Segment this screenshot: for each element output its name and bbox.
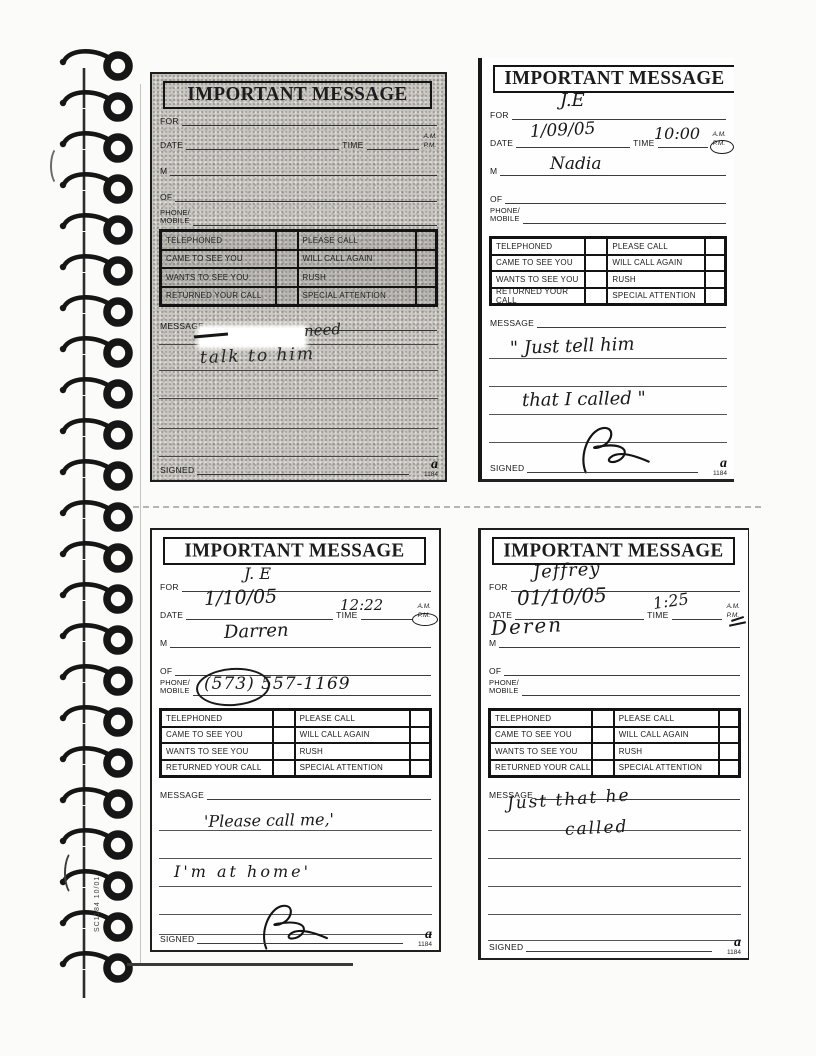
am-label: A.M. (727, 603, 740, 611)
time-label: TIME (342, 141, 364, 151)
field-underline (523, 204, 726, 224)
check-label: CAME TO SEE YOU (161, 727, 273, 744)
message-slip-top-left: IMPORTANT MESSAGE FOR DATE TIME A.M. P.M… (150, 72, 447, 482)
slip-title-box: IMPORTANT MESSAGE (163, 537, 426, 565)
check-label: CAME TO SEE YOU (491, 255, 585, 272)
ruled-line (159, 398, 438, 399)
checkbox (705, 255, 725, 272)
slip-title: IMPORTANT MESSAGE (187, 83, 407, 106)
date-label: DATE (490, 139, 513, 149)
signed-row: SIGNED (160, 461, 437, 475)
signature-scribble (244, 900, 344, 952)
whiteout-patch (200, 328, 304, 346)
ruled-line (159, 370, 438, 371)
checkbox (276, 250, 298, 269)
form-number: 1184 (424, 472, 438, 479)
check-label: WANTS TO SEE YOU (490, 743, 592, 760)
field-underline (522, 676, 740, 696)
handwritten-message-line-2: that I called " (522, 390, 646, 410)
checkbox (416, 231, 436, 250)
check-label: PLEASE CALL (607, 238, 705, 255)
check-label: SPECIAL ATTENTION (295, 760, 410, 777)
signed-row: SIGNED (160, 930, 431, 944)
for-label: FOR (489, 583, 508, 593)
ruled-line (488, 858, 741, 859)
field-underline (500, 162, 726, 176)
field-underline (193, 206, 437, 226)
brand: a 1184 (713, 455, 727, 478)
check-label: CAME TO SEE YOU (490, 727, 592, 744)
form-number: 1184 (713, 471, 727, 478)
brand: a 1184 (727, 934, 741, 957)
brand-a-icon: a (720, 456, 727, 471)
date-label: DATE (160, 141, 183, 151)
message-label: MESSAGE (160, 791, 204, 801)
message-slip-top-right: IMPORTANT MESSAGE FOR DATE TIME A.M. P.M… (478, 58, 734, 482)
field-underline (505, 190, 726, 204)
of-row: OF (489, 662, 740, 676)
date-time-row: DATE TIME A.M. P.M. (160, 606, 431, 620)
of-label: OF (160, 667, 172, 677)
checkbox (273, 710, 295, 727)
field-underline (504, 662, 740, 676)
handwritten-caller: Nadia (550, 156, 601, 173)
check-label: WANTS TO SEE YOU (161, 268, 276, 287)
check-label: WILL CALL AGAIN (295, 727, 410, 744)
checkbox (705, 238, 725, 255)
checkbox (273, 743, 295, 760)
page-edge-line (140, 84, 141, 964)
checkbox (410, 710, 430, 727)
ruled-line (159, 858, 432, 859)
check-label: RETURNED YOUR CALL (490, 760, 592, 777)
check-label: SPECIAL ATTENTION (614, 760, 719, 777)
ruled-line (489, 414, 727, 415)
for-row: FOR (160, 112, 437, 126)
handwritten-message-line-1: need (304, 322, 342, 339)
signed-label: SIGNED (489, 943, 523, 953)
field-underline (197, 930, 403, 944)
checkbox (719, 743, 739, 760)
checkbox (585, 288, 607, 305)
checkbox (410, 727, 430, 744)
phone-mobile-label: PHONE/ MOBILE (160, 209, 190, 226)
form-number: 1184 (727, 950, 741, 957)
am-label: A.M. (713, 131, 726, 139)
m-label: M (160, 639, 167, 649)
of-row: OF (490, 190, 726, 204)
check-label: RETURNED YOUR CALL (161, 760, 273, 777)
of-label: OF (489, 667, 501, 677)
field-underline (197, 461, 409, 475)
m-row: M (160, 162, 437, 176)
handwritten-for: J.E (560, 92, 585, 110)
handwritten-message-line-2: called (565, 819, 629, 839)
checkbox (585, 255, 607, 272)
checkbox (719, 760, 739, 777)
checkbox (585, 271, 607, 288)
message-slip-bottom-left: IMPORTANT MESSAGE FOR DATE TIME A.M. P.M… (150, 528, 441, 952)
checkbox-grid: TELEPHONED PLEASE CALL CAME TO SEE YOU W… (489, 236, 727, 306)
check-label: RUSH (295, 743, 410, 760)
handwritten-date: 01/10/05 (517, 585, 607, 608)
for-label: FOR (490, 111, 509, 121)
field-underline (527, 459, 698, 473)
checkbox (416, 287, 436, 306)
field-underline (170, 634, 431, 648)
checkbox (276, 287, 298, 306)
ruled-line (488, 914, 741, 915)
field-underline (170, 162, 437, 176)
checkbox (273, 760, 295, 777)
checkbox (705, 288, 725, 305)
ruled-line (488, 886, 741, 887)
for-label: FOR (160, 117, 179, 127)
pm-underline-mark (729, 621, 746, 626)
check-label: WILL CALL AGAIN (607, 255, 705, 272)
check-label: WANTS TO SEE YOU (491, 271, 585, 288)
checkbox (416, 250, 436, 269)
checkbox (719, 710, 739, 727)
phone-mobile-label: PHONE/ MOBILE (490, 207, 520, 224)
check-label: RETURNED YOUR CALL (491, 288, 585, 305)
field-underline (537, 314, 726, 328)
handwritten-caller: Darren (224, 622, 289, 642)
field-underline (186, 136, 339, 150)
checkbox (705, 271, 725, 288)
checkbox (276, 268, 298, 287)
checkbox (592, 710, 614, 727)
slip-title-box: IMPORTANT MESSAGE (493, 65, 734, 93)
brand-a-icon: a (431, 457, 438, 472)
check-label: RUSH (607, 271, 705, 288)
phone-mobile-label: PHONE/ MOBILE (160, 679, 190, 696)
checkbox-grid: TELEPHONED PLEASE CALL CAME TO SEE YOU W… (488, 708, 741, 778)
slip-title: IMPORTANT MESSAGE (184, 539, 404, 562)
field-underline (182, 112, 437, 126)
phone-mobile-label: PHONE/ MOBILE (489, 679, 519, 696)
check-label: WANTS TO SEE YOU (161, 743, 273, 760)
m-label: M (160, 167, 167, 177)
phone-row: PHONE/ MOBILE (160, 206, 437, 226)
checkbox (416, 268, 436, 287)
date-time-row: DATE TIME A.M. P.M. (160, 136, 437, 150)
spiral-binding-icon (38, 46, 150, 998)
checkbox (410, 743, 430, 760)
brand-a-icon: a (734, 935, 741, 950)
handwritten-time: 10:00 (654, 126, 700, 142)
slip-title: IMPORTANT MESSAGE (504, 67, 724, 90)
message-slip-bottom-right: IMPORTANT MESSAGE FOR DATE TIME A.M. P.M… (478, 528, 749, 960)
time-label: TIME (633, 139, 655, 149)
for-row: FOR (490, 106, 726, 120)
of-row: OF (160, 188, 437, 202)
check-label: PLEASE CALL (298, 231, 416, 250)
date-label: DATE (160, 611, 183, 621)
message-label: MESSAGE (490, 319, 534, 329)
ruled-line (159, 456, 438, 457)
row-separator-line (133, 506, 761, 508)
handwritten-message-line-1: 'Please call me,' (204, 812, 334, 830)
form-number: 1184 (418, 942, 432, 949)
checkbox (410, 760, 430, 777)
check-label: WILL CALL AGAIN (614, 727, 719, 744)
m-label: M (490, 167, 497, 177)
check-label: PLEASE CALL (295, 710, 410, 727)
check-label: TELEPHONED (491, 238, 585, 255)
pm-circle-mark (412, 613, 438, 626)
checkbox-grid: TELEPHONED PLEASE CALL CAME TO SEE YOU W… (159, 229, 438, 307)
checkbox (276, 231, 298, 250)
field-underline (367, 136, 419, 150)
checkbox-grid: TELEPHONED PLEASE CALL CAME TO SEE YOU W… (159, 708, 432, 778)
handwritten-date: 1/09/05 (530, 121, 596, 141)
ruled-line (159, 428, 438, 429)
for-row: FOR (160, 578, 431, 592)
signed-label: SIGNED (160, 466, 194, 476)
handwritten-for: Jeffrey (533, 560, 601, 582)
field-underline (526, 938, 712, 952)
m-row: M (490, 162, 726, 176)
am-label: A.M. (424, 133, 437, 141)
brand-a-icon: a (425, 927, 432, 942)
scanned-page: SC1184 10/01 IMPORTANT MESSAGE FOR DATE … (0, 0, 816, 1056)
signed-row: SIGNED (489, 938, 740, 952)
ampm-label: A.M. P.M. (422, 133, 437, 150)
scan-artifact (64, 850, 84, 896)
message-label: MESSAGE (160, 322, 204, 332)
signed-row: SIGNED (490, 459, 726, 473)
pm-label: P.M. (424, 142, 437, 150)
handwritten-time: 12:22 (340, 598, 383, 613)
ruled-line (159, 830, 432, 831)
check-label: SPECIAL ATTENTION (298, 287, 416, 306)
handwritten-date: 1/10/05 (204, 587, 278, 609)
check-label: CAME TO SEE YOU (161, 250, 276, 269)
handwritten-for: J. E (244, 566, 271, 582)
slip-title-box: IMPORTANT MESSAGE (163, 81, 432, 109)
checkbox (585, 238, 607, 255)
check-label: WILL CALL AGAIN (298, 250, 416, 269)
check-label: SPECIAL ATTENTION (607, 288, 705, 305)
ruled-line (489, 386, 727, 387)
checkbox (592, 760, 614, 777)
ruled-line (159, 886, 432, 887)
m-row: M (160, 634, 431, 648)
check-label: TELEPHONED (490, 710, 592, 727)
checkbox (592, 727, 614, 744)
pad-stock-number: SC1184 10/01 (94, 876, 101, 932)
phone-row: PHONE/ MOBILE (490, 204, 726, 224)
signed-label: SIGNED (490, 464, 524, 474)
checkbox (719, 727, 739, 744)
handwritten-message-line-1: " Just tell him (510, 336, 635, 358)
message-row: MESSAGE (490, 314, 726, 328)
handwritten-caller: Deren (490, 614, 563, 638)
check-label: RETURNED YOUR CALL (161, 287, 276, 306)
check-label: TELEPHONED (161, 231, 276, 250)
checkbox (273, 727, 295, 744)
of-label: OF (160, 193, 172, 203)
field-underline (207, 786, 431, 800)
scan-artifact (50, 146, 68, 186)
for-label: FOR (160, 583, 179, 593)
field-underline (175, 188, 437, 202)
page-bottom-edge (127, 963, 353, 966)
field-underline (512, 106, 726, 120)
checkbox (592, 743, 614, 760)
check-label: RUSH (614, 743, 719, 760)
check-label: RUSH (298, 268, 416, 287)
check-label: PLEASE CALL (614, 710, 719, 727)
handwritten-message-line-2: talk to him (200, 346, 316, 367)
brand: a 1184 (424, 456, 438, 479)
slip-title: IMPORTANT MESSAGE (503, 539, 723, 562)
of-label: OF (490, 195, 502, 205)
message-row: MESSAGE (160, 786, 431, 800)
signed-label: SIGNED (160, 935, 194, 945)
brand: a 1184 (418, 926, 432, 949)
slip-title-box: IMPORTANT MESSAGE (492, 537, 735, 565)
pm-circle-mark (710, 140, 734, 154)
handwritten-message-line-2: I'm at home' (174, 864, 311, 880)
check-label: TELEPHONED (161, 710, 273, 727)
am-label: A.M. (418, 603, 431, 611)
phone-row: PHONE/ MOBILE (489, 676, 740, 696)
